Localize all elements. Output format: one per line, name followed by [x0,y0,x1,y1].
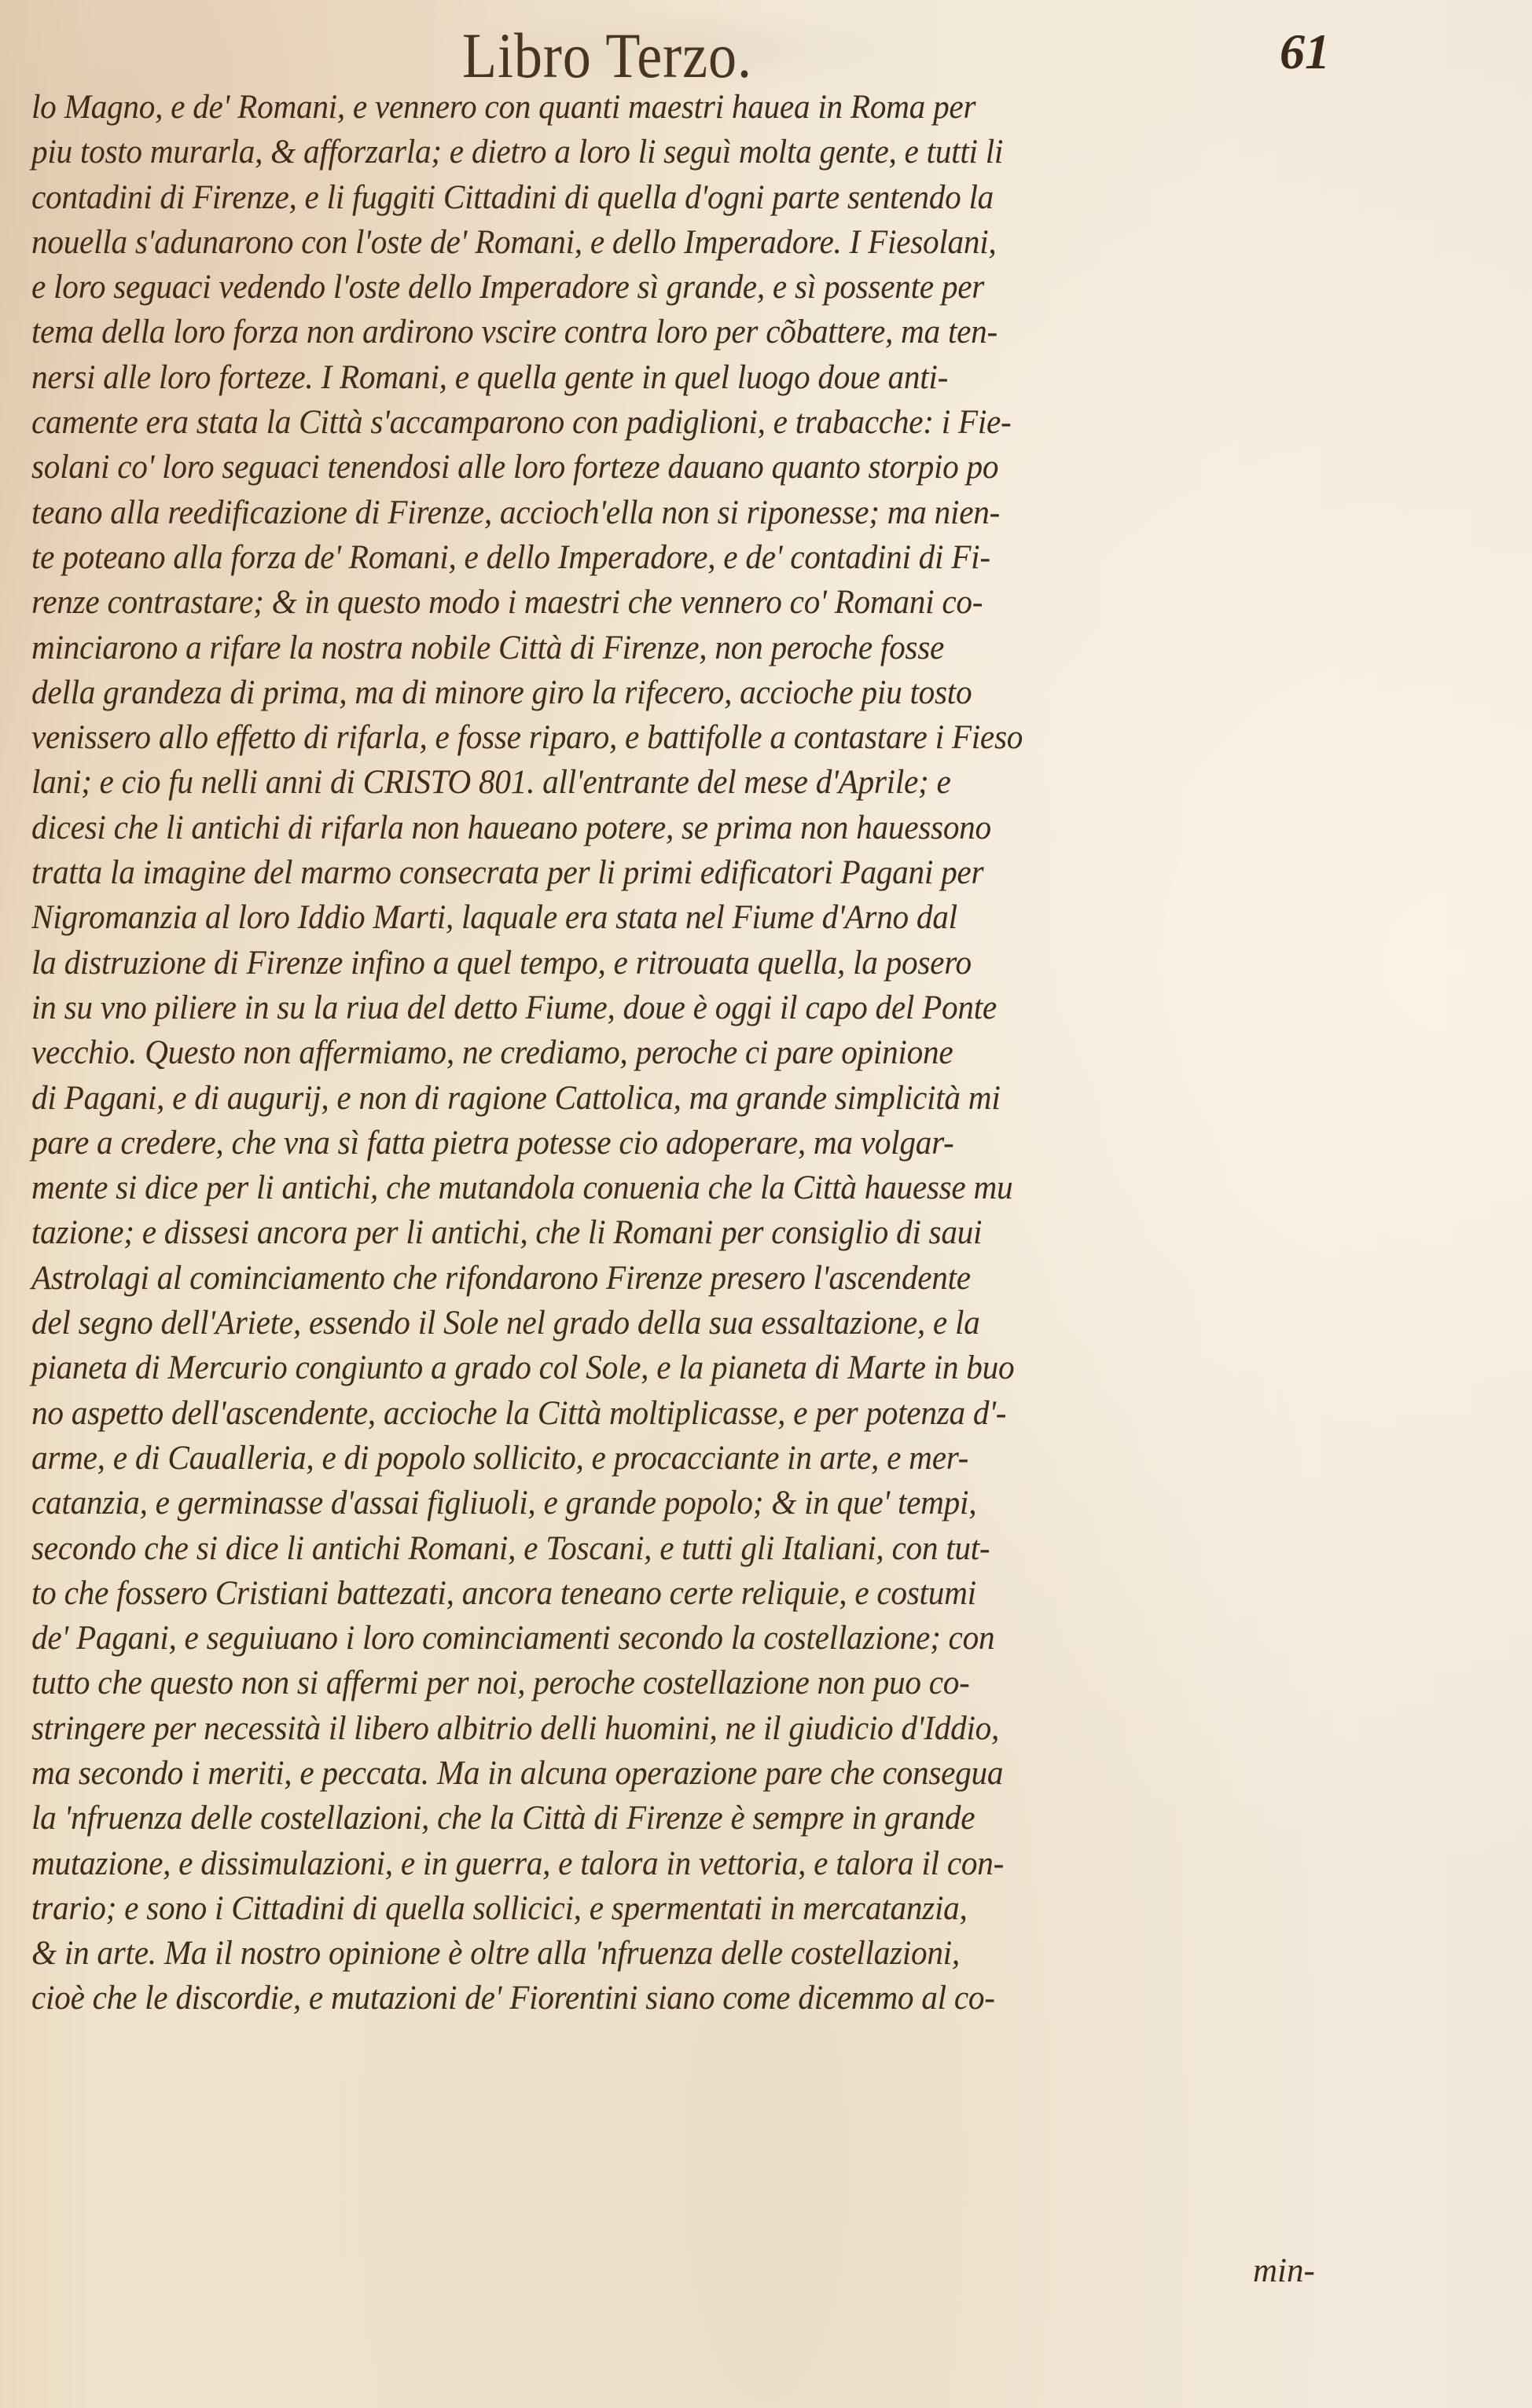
text-line: la distruzione di Firenze infino a quel … [31,941,1284,986]
body-text: lo Magno, e de' Romani, e vennero con qu… [31,85,1336,2021]
text-line: teano alla reedificazione di Firenze, ac… [31,490,1284,535]
catchword: min- [1253,2254,1315,2288]
text-line: arme, e di Caualleria, e di popolo solli… [31,1436,1284,1481]
text-line: la 'nfruenza delle costellazioni, che la… [31,1796,1284,1841]
text-line: catanzia, e germinasse d'assai figliuoli… [31,1481,1284,1525]
text-line: e loro seguaci vedendo l'oste dello Impe… [31,265,1284,310]
text-line: tazione; e dissesi ancora per li antichi… [31,1210,1284,1255]
text-line: tratta la imagine del marmo consecrata p… [31,850,1284,895]
page-header: Libro Terzo. 61 [0,14,1532,93]
text-line: stringere per necessità il libero albitr… [31,1706,1284,1751]
text-line: contadini di Firenze, e li fuggiti Citta… [31,175,1284,220]
text-line: solani co' loro seguaci tenendosi alle l… [31,445,1284,490]
text-line: & in arte. Ma il nostro opinione è oltre… [31,1931,1284,1976]
text-line: to che fossero Cristiani battezati, anco… [31,1571,1284,1616]
text-line: ma secondo i meriti, e peccata. Ma in al… [31,1751,1284,1796]
text-line: pianeta di Mercurio congiunto a grado co… [31,1345,1284,1390]
text-line: del segno dell'Ariete, essendo il Sole n… [31,1301,1284,1345]
text-line: renze contrastare; & in questo modo i ma… [31,580,1284,625]
text-line: della grandeza di prima, ma di minore gi… [31,670,1284,715]
text-line: cioè che le discordie, e mutazioni de' F… [31,1976,1284,2021]
text-line: trario; e sono i Cittadini di quella sol… [31,1886,1284,1931]
text-line: mutazione, e dissimulazioni, e in guerra… [31,1841,1284,1886]
text-line: de' Pagani, e seguiuano i loro cominciam… [31,1616,1284,1661]
text-line: secondo che si dice li antichi Romani, e… [31,1526,1284,1571]
text-line: Nigromanzia al loro Iddio Marti, laquale… [31,895,1284,940]
text-line: di Pagani, e di augurij, e non di ragion… [31,1076,1284,1121]
text-line: dicesi che li antichi di rifarla non hau… [31,806,1284,850]
text-line: pare a credere, che vna sì fatta pietra … [31,1121,1284,1165]
text-line: no aspetto dell'ascendente, accioche la … [31,1391,1284,1436]
text-line: minciarono a rifare la nostra nobile Cit… [31,626,1284,670]
text-line: nersi alle loro forteze. I Romani, e que… [31,355,1284,400]
text-line: nouella s'adunarono con l'oste de' Roman… [31,220,1284,265]
text-line: lo Magno, e de' Romani, e vennero con qu… [31,85,1284,130]
text-line: camente era stata la Città s'accamparono… [31,400,1284,445]
text-line: tutto che questo non si affermi per noi,… [31,1661,1284,1705]
text-line: tema della loro forza non ardirono vscir… [31,310,1284,354]
text-line: in su vno piliere in su la riua del dett… [31,986,1284,1030]
text-line: te poteano alla forza de' Romani, e dell… [31,535,1284,580]
folio-number: 61 [1280,27,1330,77]
text-line: lani; e cio fu nelli anni di CRISTO 801.… [31,760,1284,805]
text-line: venissero allo effetto di rifarla, e fos… [31,715,1284,760]
text-line: Astrolagi al cominciamento che rifondaro… [31,1256,1284,1301]
text-line: piu tosto murarla, & afforzarla; e dietr… [31,130,1284,174]
text-line: vecchio. Questo non affermiamo, ne credi… [31,1030,1284,1075]
text-line: mente si dice per li antichi, che mutand… [31,1165,1284,1210]
running-head: Libro Terzo. [462,24,752,88]
